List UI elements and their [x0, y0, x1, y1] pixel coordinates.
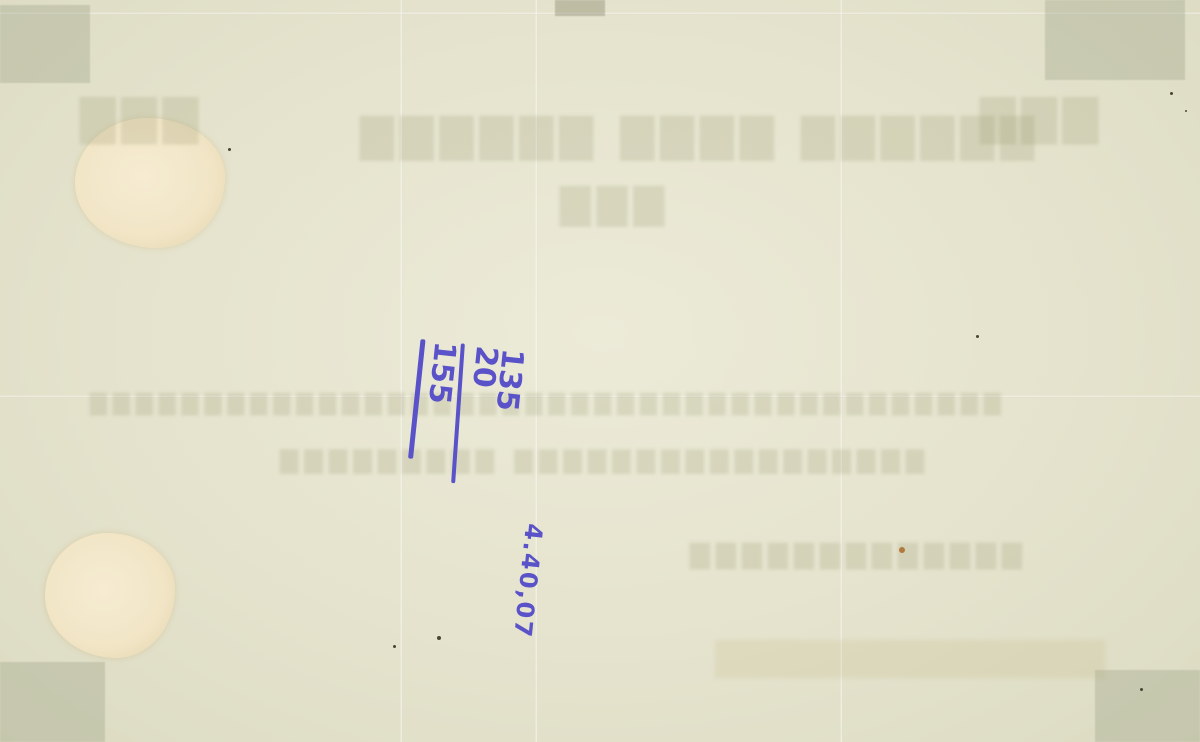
speck [899, 547, 905, 553]
tape-residue [0, 662, 105, 742]
tape-residue [1095, 670, 1200, 742]
speck [1140, 688, 1143, 691]
speck [228, 148, 231, 151]
bleed-through-text: ▇▇▇▇▇▇▇▇▇▇▇▇▇▇▇▇▇▇▇▇▇▇▇▇▇▇▇▇▇▇▇▇▇▇▇▇▇▇▇▇ [90, 390, 1007, 416]
speck [1185, 110, 1187, 112]
bleed-through-text: ▇▇▇ [80, 90, 204, 144]
speck [976, 335, 979, 338]
handwritten-amount: 4.40,07 [508, 522, 548, 640]
document-page: ▇▇▇▇▇▇ ▇▇▇▇ ▇▇▇▇▇▇ ▇▇▇ ▇▇▇ ▇▇▇ ▇▇▇▇▇▇▇▇▇… [0, 0, 1200, 742]
speck [437, 636, 441, 640]
bleed-through-text: ▇▇▇▇▇▇▇▇▇▇▇▇▇ [690, 540, 1028, 570]
tape-residue [555, 0, 605, 16]
bleed-through-text: ▇▇▇ [980, 90, 1104, 144]
handwritten-calculation: 135 20 155 [406, 339, 525, 489]
tape-residue [0, 5, 90, 83]
bleed-through-text: ▇▇▇ [560, 180, 670, 227]
bleed-through-text: ▇▇▇▇▇▇ ▇▇▇▇ ▇▇▇▇▇▇ [360, 110, 1040, 161]
speck [1170, 92, 1173, 95]
bleed-through-text: ▇▇▇▇▇▇▇▇▇ ▇▇▇▇▇▇▇▇▇▇▇▇▇▇▇▇▇ [280, 445, 930, 474]
glue-stain [45, 533, 175, 658]
bleed-through-banner [715, 640, 1105, 678]
speck [393, 645, 396, 648]
tape-residue [1045, 0, 1185, 80]
